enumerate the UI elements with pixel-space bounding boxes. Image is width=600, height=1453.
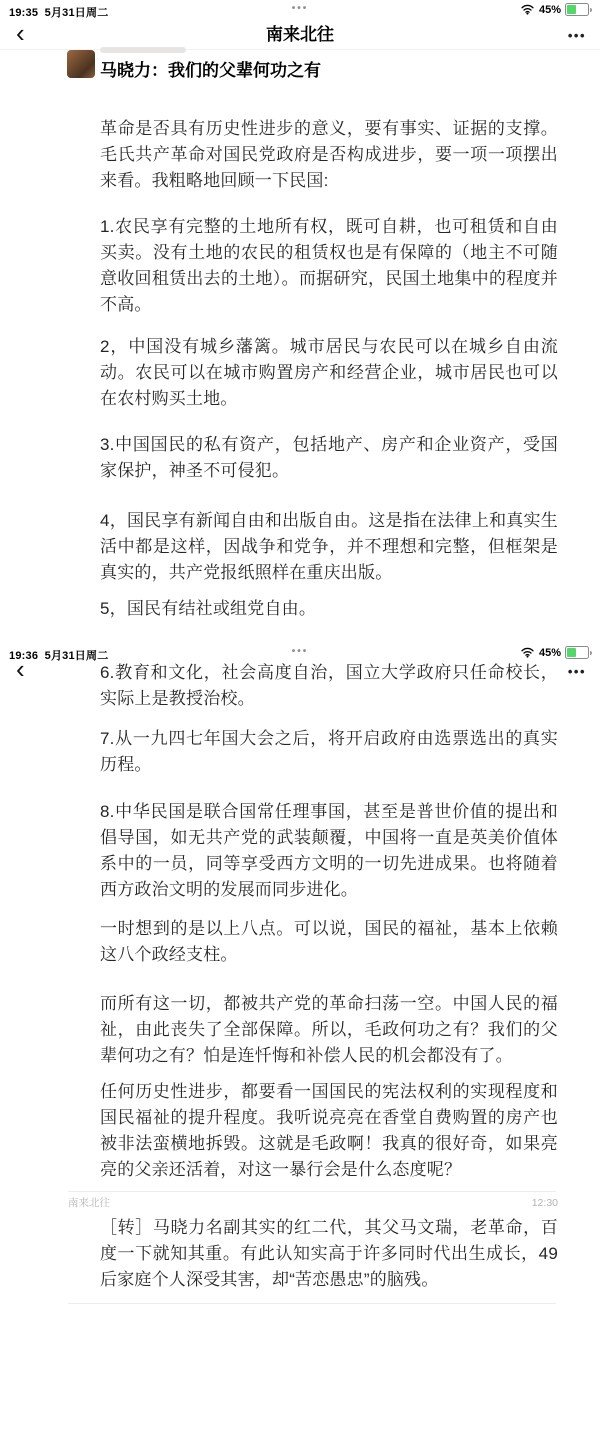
message-paragraph: 而所有这一切，都被共产党的革命扫荡一空。中国人民的福祉，由此丧失了全部保障。所以… <box>100 991 558 1069</box>
chat-screen: 19:35 5月31日周二 ••• 45% 南来北往 ‹ ••• 马晓力：我们的… <box>0 0 600 1453</box>
status-bar: 19:36 5月31日周二 ••• 45% <box>0 643 600 663</box>
message-paragraph: 2，中国没有城乡藩篱。城市居民与农民可以在城乡自由流动。农民可以在城市购置房产和… <box>100 334 558 412</box>
message-body[interactable]: 马晓力：我们的父辈何功之有 革命是否具有历史性进步的意义，要有事实、证据的支撑。… <box>100 58 558 1304</box>
message-paragraph: 革命是否具有历史性进步的意义，要有事实、证据的支撑。毛氏共产革命对国民党政府是否… <box>100 116 558 194</box>
ellipsis-icon: ••• <box>568 28 586 43</box>
reply-group-name: 南来北往 <box>68 1195 110 1210</box>
avatar[interactable] <box>67 50 95 78</box>
message-paragraph: 4，国民享有新闻自由和出版自由。这是指在法律上和真实生活中都是这样，因战争和党争… <box>100 508 558 586</box>
back-button[interactable]: ‹ <box>16 23 25 43</box>
message-paragraph: 6.教育和文化，社会高度自治，国立大学政府只任命校长，实际上是教授治校。 <box>100 660 558 712</box>
chat-title: 南来北往 <box>0 20 600 49</box>
message-paragraph: 8.中华民国是联合国常任理事国，甚至是普世价值的提出和倡导国，如无共产党的武装颠… <box>100 799 558 903</box>
message-paragraph: 7.从一九四七年国大会之后，将开启政府由选票选出的真实历程。 <box>100 726 558 778</box>
sender-name-smudge <box>100 47 186 53</box>
multitask-dots: ••• <box>0 646 600 657</box>
message-paragraph: 1.农民享有完整的土地所有权，既可自耕，也可租赁和自由买卖。没有土地的农民的租赁… <box>100 214 558 318</box>
message-paragraph: 任何历史性进步，都要看一国国民的宪法权利的实现程度和国民福祉的提升程度。我听说亮… <box>100 1079 558 1183</box>
message-paragraph: 一时想到的是以上八点。可以说，国民的福祉，基本上依赖这八个政经支柱。 <box>100 916 558 968</box>
more-button[interactable]: ••• <box>568 28 586 43</box>
reply-timestamp: 12:30 <box>532 1197 558 1209</box>
battery-percent: 45% <box>539 4 561 16</box>
divider <box>68 1191 556 1192</box>
message-paragraph: 5，国民有结社或组党自由。 <box>100 596 558 622</box>
wifi-icon <box>520 4 535 15</box>
wifi-icon <box>520 647 535 658</box>
status-right: 45% <box>520 646 592 659</box>
more-button[interactable]: ••• <box>568 664 586 679</box>
battery-percent: 45% <box>539 647 561 659</box>
status-bar: 19:35 5月31日周二 ••• 45% <box>0 0 600 20</box>
battery-icon <box>565 3 592 16</box>
multitask-dots: ••• <box>0 3 600 14</box>
status-right: 45% <box>520 3 592 16</box>
battery-icon <box>565 646 592 659</box>
back-button[interactable]: ‹ <box>16 659 25 679</box>
chevron-left-icon: ‹ <box>16 654 25 684</box>
divider <box>68 1303 556 1304</box>
nav-bar: 南来北往 <box>0 20 600 50</box>
message-paragraph: 3.中国国民的私有资产，包括地产、房产和企业资产，受国家保护，神圣不可侵犯。 <box>100 432 558 484</box>
reply-meta: 南来北往 12:30 <box>68 1196 558 1209</box>
reply-comment: ［转］马晓力名副其实的红二代，其父马文瑞，老革命，百度一下就知其重。有此认知实高… <box>100 1215 558 1293</box>
ellipsis-icon: ••• <box>568 664 586 679</box>
message-title: 马晓力：我们的父辈何功之有 <box>100 58 558 84</box>
chevron-left-icon: ‹ <box>16 18 25 48</box>
